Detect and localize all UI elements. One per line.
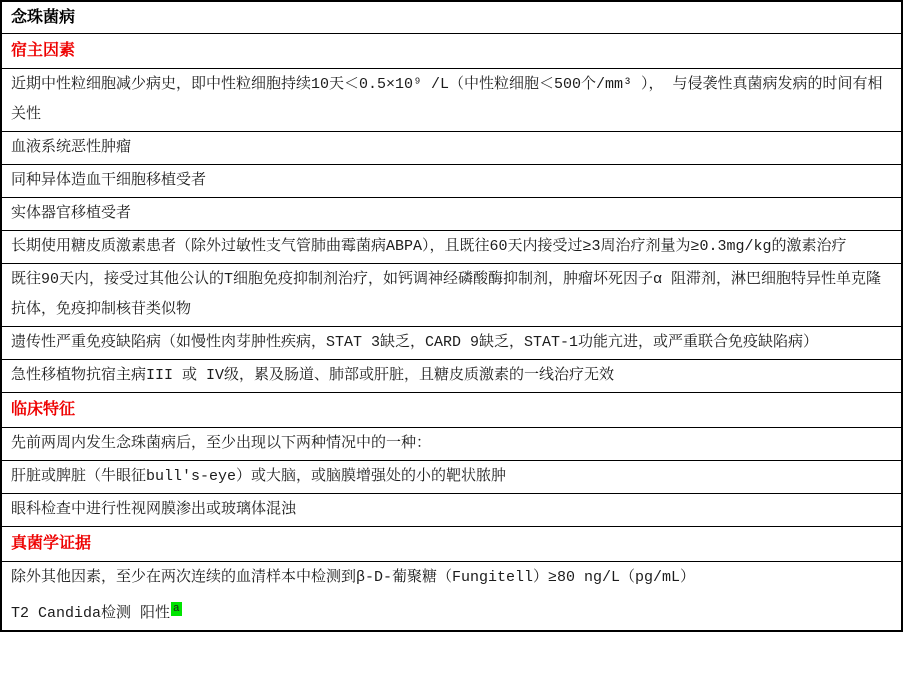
row-text: 近期中性粒细胞减少病史，即中性粒细胞持续10天＜0.5×10⁹ /L（中性粒细胞… bbox=[11, 76, 883, 123]
row-bdg-detection: 除外其他因素，至少在两次连续的血清样本中检测到β-D-葡聚糖（Fungitell… bbox=[11, 563, 892, 593]
section-header-host-factors: 宿主因素 bbox=[2, 33, 901, 68]
row-text: 遗传性严重免疫缺陷病（如慢性肉芽肿性疾病，STAT 3缺乏，CARD 9缺乏，S… bbox=[11, 334, 818, 351]
row-text: 急性移植物抗宿主病III 或 IV级，累及肠道、肺部或肝脏，且糖皮质激素的一线治… bbox=[11, 367, 614, 384]
row-neutropenia-history: 近期中性粒细胞减少病史，即中性粒细胞持续10天＜0.5×10⁹ /L（中性粒细胞… bbox=[2, 68, 901, 131]
candidiasis-criteria-table: 念珠菌病 宿主因素 近期中性粒细胞减少病史，即中性粒细胞持续10天＜0.5×10… bbox=[0, 0, 903, 632]
row-mycological-evidence: 除外其他因素，至少在两次连续的血清样本中检测到β-D-葡聚糖（Fungitell… bbox=[2, 561, 901, 630]
row-solid-organ-transplant: 实体器官移植受者 bbox=[2, 197, 901, 230]
row-text: T2 Candida检测 阳性 bbox=[11, 605, 170, 622]
section-header-text: 宿主因素 bbox=[11, 42, 75, 59]
row-text: 先前两周内发生念珠菌病后，至少出现以下两种情况中的一种： bbox=[11, 435, 431, 452]
row-tcell-immunosuppressant: 既往90天内，接受过其他公认的T细胞免疫抑制剂治疗，如钙调神经磷酸酶抑制剂，肿瘤… bbox=[2, 263, 901, 326]
row-t2candida-positive: T2 Candida检测 阳性a bbox=[11, 599, 892, 629]
row-text: 同种异体造血干细胞移植受者 bbox=[11, 172, 206, 189]
row-target-abscess: 肝脏或脾脏（牛眼征bull's-eye）或大脑，或脑膜增强处的小的靶状脓肿 bbox=[2, 460, 901, 493]
row-allo-hsct-recipient: 同种异体造血干细胞移植受者 bbox=[2, 164, 901, 197]
row-retinal-exudate: 眼科检查中进行性视网膜渗出或玻璃体混浊 bbox=[2, 493, 901, 526]
row-acute-gvhd: 急性移植物抗宿主病III 或 IV级，累及肠道、肺部或肝脏，且糖皮质激素的一线治… bbox=[2, 359, 901, 392]
footnote-marker-a: a bbox=[171, 602, 182, 616]
row-corticosteroid-use: 长期使用糖皮质激素患者（除外过敏性支气管肺曲霉菌病ABPA），且既往60天内接受… bbox=[2, 230, 901, 263]
row-hematologic-malignancy: 血液系统恶性肿瘤 bbox=[2, 131, 901, 164]
row-inherited-immunodeficiency: 遗传性严重免疫缺陷病（如慢性肉芽肿性疾病，STAT 3缺乏，CARD 9缺乏，S… bbox=[2, 326, 901, 359]
section-header-text: 临床特征 bbox=[11, 401, 75, 418]
table-title-text: 念珠菌病 bbox=[11, 9, 75, 26]
row-text: 实体器官移植受者 bbox=[11, 205, 131, 222]
document-page: 念珠菌病 宿主因素 近期中性粒细胞减少病史，即中性粒细胞持续10天＜0.5×10… bbox=[0, 0, 903, 693]
row-text: 血液系统恶性肿瘤 bbox=[11, 139, 131, 156]
row-prior-candidiasis: 先前两周内发生念珠菌病后，至少出现以下两种情况中的一种： bbox=[2, 427, 901, 460]
section-header-text: 真菌学证据 bbox=[11, 535, 91, 552]
row-text: 眼科检查中进行性视网膜渗出或玻璃体混浊 bbox=[11, 501, 296, 518]
row-text: 肝脏或脾脏（牛眼征bull's-eye）或大脑，或脑膜增强处的小的靶状脓肿 bbox=[11, 468, 506, 485]
row-text: 既往90天内，接受过其他公认的T细胞免疫抑制剂治疗，如钙调神经磷酸酶抑制剂，肿瘤… bbox=[11, 271, 881, 318]
section-header-mycological-evidence: 真菌学证据 bbox=[2, 526, 901, 561]
table-title: 念珠菌病 bbox=[2, 2, 901, 33]
row-text: 长期使用糖皮质激素患者（除外过敏性支气管肺曲霉菌病ABPA），且既往60天内接受… bbox=[11, 238, 847, 255]
section-header-clinical-features: 临床特征 bbox=[2, 392, 901, 427]
